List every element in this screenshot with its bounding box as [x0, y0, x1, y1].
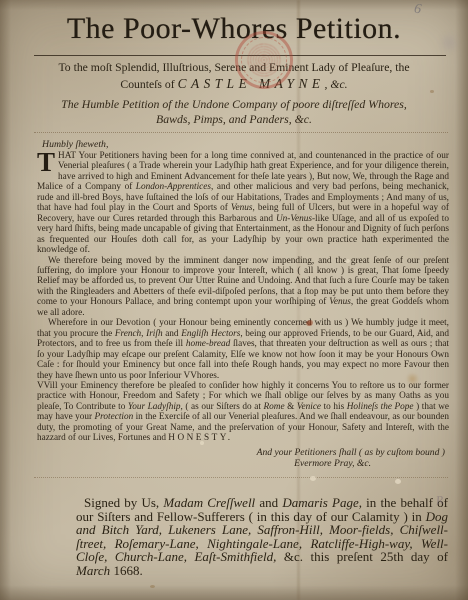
paragraph-4: VVill your Eminency therefore be pleaſed…	[37, 381, 449, 444]
paper-speck	[150, 585, 155, 588]
paper-speck	[310, 476, 316, 481]
closing-line-1: And your Petitioners ſhall ( as by cuſto…	[37, 447, 449, 459]
petition-body: THAT Your Petitioners having been for a …	[37, 151, 449, 470]
handwritten-margin-mark: R	[435, 493, 444, 509]
red-ink-stamp	[230, 26, 297, 93]
paper-smudge	[440, 30, 458, 56]
closing-line-2: Evermore Pray, &c.	[37, 458, 449, 470]
signature-block: Signed by Us, Madam Creſſwell and Damari…	[76, 496, 448, 577]
petition-subtitle-line-1: The Humble Petition of the Undone Compan…	[0, 97, 468, 112]
paper-speck	[345, 259, 350, 263]
petition-page: The Poor-Whores Petition. To the moſt Sp…	[0, 0, 468, 600]
paragraph-2: We therefore being moved by the imminent…	[37, 256, 449, 319]
paper-speck	[395, 479, 401, 484]
paragraph-1: THAT Your Petitioners having been for a …	[37, 151, 449, 256]
paper-stain	[405, 373, 420, 385]
paper-speck	[200, 441, 204, 445]
dedication-line-2: Counteſs of CASTLE MAYNE, &c.	[0, 76, 468, 92]
horizontal-fold-crease-upper	[34, 132, 448, 133]
dedication-line-1: To the moſt Splendid, Illuſtrious, Seren…	[0, 61, 468, 74]
closing-formula: And your Petitioners ſhall ( as by cuſto…	[37, 447, 449, 470]
paper-speck	[430, 90, 434, 93]
horizontal-fold-crease-lower	[34, 477, 448, 478]
drop-cap: T	[37, 151, 58, 172]
paragraph-3: Wherefore in our Devotion ( your Honour …	[37, 318, 449, 381]
paragraph-1-text: HAT Your Petitioners having been for a l…	[37, 151, 449, 255]
petition-subtitle-line-2: Bawds, Pimps, and Panders, &c.	[0, 112, 468, 127]
